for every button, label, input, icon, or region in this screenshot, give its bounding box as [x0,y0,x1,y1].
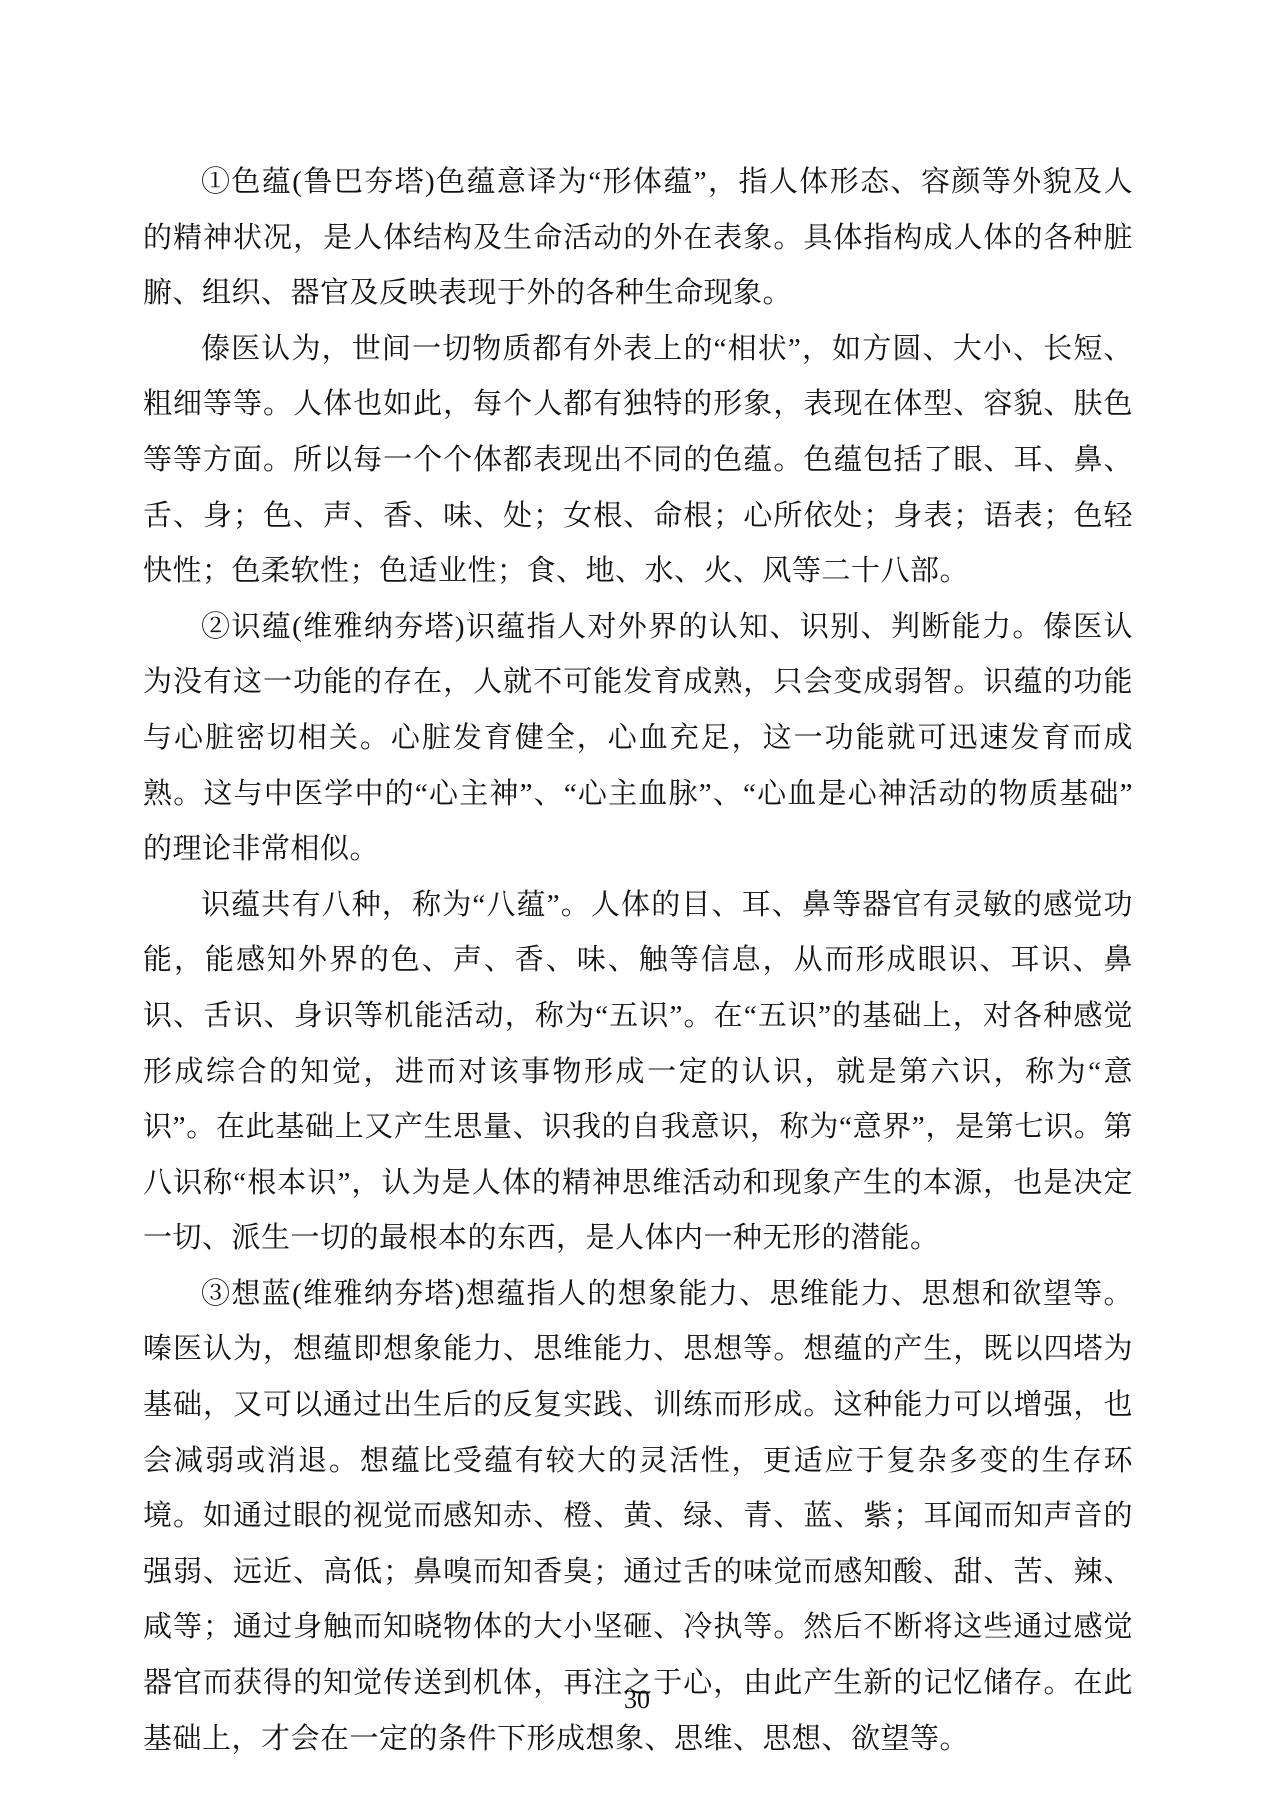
document-body: ①色蕴(鲁巴夯塔)色蕴意译为“形体蕴”，指人体形态、容颜等外貌及人的精神状况，是… [143,155,1133,1767]
paragraph-se-yun: ①色蕴(鲁巴夯塔)色蕴意译为“形体蕴”，指人体形态、容颜等外貌及人的精神状况，是… [143,155,1133,322]
paragraph-ba-yun: 识蕴共有八种，称为“八蕴”。人体的目、耳、鼻等器官有灵敏的感觉功能，能感知外界的… [143,878,1133,1267]
page-number: 30 [0,1684,1274,1716]
paragraph-dai-yi-xiang-zhuang: 傣医认为，世间一切物质都有外表上的“相状”，如方圆、大小、长短、粗细等等。人体也… [143,322,1133,600]
document-page: ①色蕴(鲁巴夯塔)色蕴意译为“形体蕴”，指人体形态、容颜等外貌及人的精神状况，是… [0,0,1274,1801]
paragraph-shi-yun: ②识蕴(维雅纳夯塔)识蕴指人对外界的认知、识别、判断能力。傣医认为没有这一功能的… [143,600,1133,878]
